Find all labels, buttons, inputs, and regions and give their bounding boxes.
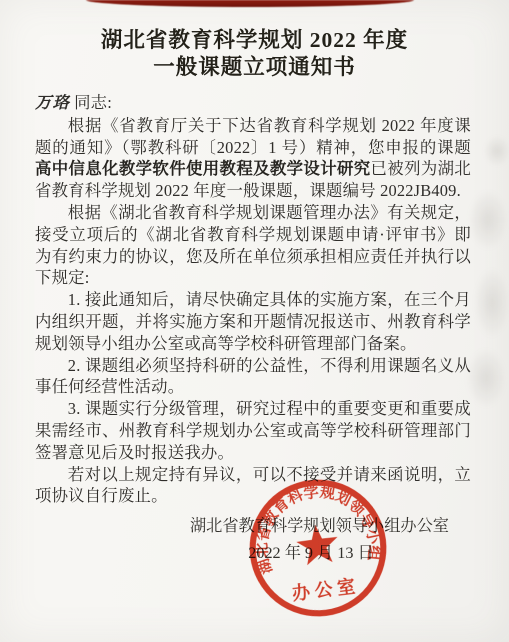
scan-smudge <box>474 268 509 338</box>
rule-item-3: 3. 课题实行分级管理，研究过程中的重要变更和重要成果需经市、州教育科学规划办公… <box>35 398 471 463</box>
scan-smudge <box>468 190 508 250</box>
scan-smudge <box>484 136 509 166</box>
seal-bottom-text: 办公室 <box>291 575 361 604</box>
title-line2: 一般课题立项通知书 <box>0 54 509 81</box>
document-body: 万珞 同志: 根据《省教育厅关于下达省教育科学规划 2022 年度课题的通知》（… <box>35 92 471 507</box>
paragraph-approval-lead: 根据《省教育厅关于下达省教育科学规划 2022 年度课题的通知》（鄂教科研〔20… <box>35 116 471 157</box>
document-title: 湖北省教育科学规划 2022 年度 一般课题立项通知书 <box>0 27 509 81</box>
signature-block: 湖北省教育科学规划领导小组办公室 2022 年 9 月 13 日 <box>190 513 432 567</box>
paragraph-agreement: 根据《湖北省教育科学规划课题管理办法》有关规定，接受立项后的《湖北省教育科学规划… <box>35 202 471 289</box>
recipient-name: 万珞 <box>35 93 70 112</box>
scanned-notice-document: 湖北省教育科学规划 2022 年度 一般课题立项通知书 万珞 同志: 根据《省教… <box>0 0 509 642</box>
salutation: 万珞 同志: <box>35 92 471 114</box>
signature-organization: 湖北省教育科学规划领导小组办公室 <box>190 513 432 540</box>
rule-item-2: 2. 课题组必须坚持科研的公益性，不得利用课题名义从事任何经营性活动。 <box>35 355 471 399</box>
letterhead-band-remnant <box>86 0 414 7</box>
closing-paragraph: 若对以上规定持有异议，可以不接受并请来函说明，立项协议自行废止。 <box>35 464 471 508</box>
title-line1: 湖北省教育科学规划 2022 年度 <box>0 27 509 54</box>
salutation-suffix: 同志: <box>70 93 112 112</box>
scan-smudge <box>466 348 506 408</box>
signature-date: 2022 年 9 月 13 日 <box>190 540 432 567</box>
project-title: 高中信息化教学软件使用教程及教学设计研究 <box>35 159 371 178</box>
rule-item-1: 1. 接此通知后，请尽快确定具体的实施方案，在三个月内组织开题，并将实施方案和开… <box>35 289 471 354</box>
paragraph-approval: 根据《省教育厅关于下达省教育科学规划 2022 年度课题的通知》（鄂教科研〔20… <box>35 115 471 202</box>
